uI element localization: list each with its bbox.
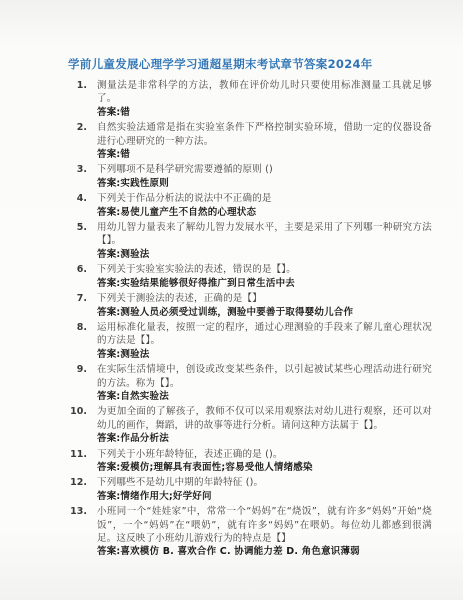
- question-text: 测量法是非常科学的方法，教师在评价幼儿时只要使用标准测量工具就足够了。: [97, 79, 432, 106]
- question-text: 下列关于小班年龄特征，表述正确的是 ()。: [97, 448, 432, 461]
- answer-label: 答案:: [97, 546, 120, 557]
- question-answer: 答案:易使儿童产生不自然的心理状态: [97, 206, 432, 219]
- question-item: 10. 为更加全面的了解孩子，教师不仅可以采用观察法对幼儿进行观察，还可以对幼儿…: [66, 405, 432, 445]
- question-text: 用幼儿智力量表来了解幼儿智力发展水平，主要是采用了下列哪一种研究方法【】。: [97, 221, 432, 248]
- question-answer: 答案:错: [97, 106, 432, 119]
- question-item: 4. 下列关于作品分析法的说法中不正确的是 答案:易使儿童产生不自然的心理状态: [66, 192, 432, 219]
- question-text: 下列关于测验法的表述，正确的是【】: [97, 292, 432, 305]
- question-item: 2. 自然实验法通常是指在实验室条件下严格控制实验环境，借助一定的仪器设备进行心…: [66, 121, 432, 161]
- question-text: 下列哪些不是幼儿中期的年龄特征 ()。: [97, 476, 432, 489]
- question-answer: 答案:实验结果能够很好得推广到日常生活中去: [97, 277, 432, 290]
- answer-label: 答案:: [97, 207, 120, 218]
- question-answer: 答案:实践性原则: [97, 177, 432, 190]
- answer-label: 答案:: [97, 349, 120, 360]
- question-body: 在实际生活情境中，创设或改变某些条件，以引起被试某些心理活动进行研究的方法。称为…: [97, 363, 432, 403]
- question-number: 5.: [66, 221, 87, 234]
- question-text: 自然实验法通常是指在实验室条件下严格控制实验环境，借助一定的仪器设备进行心理研究…: [97, 121, 432, 148]
- document-content: 学前儿童发展心理学学习通超星期末考试章节答案2024年 1. 测量法是非常科学的…: [0, 0, 463, 559]
- question-text: 在实际生活情境中，创设或改变某些条件，以引起被试某些心理活动进行研究的方法。称为…: [97, 363, 432, 390]
- question-text: 运用标准化量表，按照一定的程序，通过心理测验的手段来了解儿童心理状况的方法是【】…: [97, 321, 432, 348]
- answer-value: 自然实验法: [120, 391, 169, 402]
- answer-label: 答案:: [97, 149, 120, 160]
- question-item: 6. 下列关于实验室实验法的表述，错误的是【】。 答案:实验结果能够很好得推广到…: [66, 263, 432, 290]
- question-body: 下列关于实验室实验法的表述，错误的是【】。 答案:实验结果能够很好得推广到日常生…: [97, 263, 432, 290]
- question-item: 11. 下列关于小班年龄特征，表述正确的是 ()。 答案:爱模仿;理解具有表面性…: [66, 448, 432, 475]
- answer-value: 测验法: [120, 349, 149, 360]
- answer-value: 作品分析法: [120, 433, 169, 444]
- answer-value: 错: [120, 107, 130, 118]
- question-text: 下列关于实验室实验法的表述，错误的是【】。: [97, 263, 432, 276]
- answer-label: 答案:: [97, 178, 120, 189]
- question-number: 12.: [66, 476, 87, 489]
- question-item: 3. 下列哪项不是科学研究需要遵循的原则 () 答案:实践性原则: [66, 163, 432, 190]
- document-page: 学前儿童发展心理学学习通超星期末考试章节答案2024年 1. 测量法是非常科学的…: [0, 0, 463, 600]
- answer-value: 情绪作用大;好学好问: [120, 491, 211, 502]
- question-answer: 答案:测验法: [97, 348, 432, 361]
- question-number: 6.: [66, 263, 87, 276]
- question-body: 运用标准化量表，按照一定的程序，通过心理测验的手段来了解儿童心理状况的方法是【】…: [97, 321, 432, 361]
- question-text: 为更加全面的了解孩子，教师不仅可以采用观察法对幼儿进行观察，还可以对幼儿的画作，…: [97, 405, 432, 432]
- question-body: 自然实验法通常是指在实验室条件下严格控制实验环境，借助一定的仪器设备进行心理研究…: [97, 121, 432, 161]
- question-item: 9. 在实际生活情境中，创设或改变某些条件，以引起被试某些心理活动进行研究的方法…: [66, 363, 432, 403]
- answer-value: 测验法: [120, 249, 149, 260]
- page-title: 学前儿童发展心理学学习通超星期末考试章节答案2024年: [68, 57, 432, 71]
- question-answer: 答案:错: [97, 148, 432, 161]
- question-answer: 答案:情绪作用大;好学好问: [97, 490, 432, 503]
- answer-value: 易使儿童产生不自然的心理状态: [120, 207, 256, 218]
- question-number: 7.: [66, 292, 87, 305]
- question-item: 7. 下列关于测验法的表述，正确的是【】 答案:测验人员必须受过训练，测验中要善…: [66, 292, 432, 319]
- answer-value: 实验结果能够很好得推广到日常生活中去: [120, 278, 295, 289]
- question-number: 11.: [66, 448, 87, 461]
- answer-label: 答案:: [97, 462, 120, 473]
- question-answer: 答案:爱模仿;理解具有表面性;容易受他人情绪感染: [97, 461, 432, 474]
- question-body: 下列哪些不是幼儿中期的年龄特征 ()。 答案:情绪作用大;好学好问: [97, 476, 432, 503]
- answer-label: 答案:: [97, 433, 120, 444]
- question-text: 下列关于作品分析法的说法中不正确的是: [97, 192, 432, 205]
- answer-value: 爱模仿;理解具有表面性;容易受他人情绪感染: [120, 462, 312, 473]
- question-answer: 答案:作品分析法: [97, 432, 432, 445]
- question-number: 1.: [66, 79, 87, 92]
- question-item: 1. 测量法是非常科学的方法，教师在评价幼儿时只要使用标准测量工具就足够了。 答…: [66, 79, 432, 119]
- question-number: 4.: [66, 192, 87, 205]
- question-number: 13.: [66, 505, 87, 518]
- question-answer: 答案:测验法: [97, 248, 432, 261]
- question-answer: 答案:测验人员必须受过训练，测验中要善于取得婴幼儿合作: [97, 306, 432, 319]
- question-number: 8.: [66, 321, 87, 334]
- question-body: 用幼儿智力量表来了解幼儿智力发展水平，主要是采用了下列哪一种研究方法【】。 答案…: [97, 221, 432, 261]
- question-list: 1. 测量法是非常科学的方法，教师在评价幼儿时只要使用标准测量工具就足够了。 答…: [66, 79, 432, 559]
- question-number: 10.: [66, 405, 87, 418]
- answer-value: 错: [120, 149, 130, 160]
- answer-label: 答案:: [97, 249, 120, 260]
- answer-label: 答案:: [97, 107, 120, 118]
- answer-label: 答案:: [97, 278, 120, 289]
- answer-label: 答案:: [97, 391, 120, 402]
- answer-value: 实践性原则: [120, 178, 169, 189]
- question-number: 9.: [66, 363, 87, 376]
- question-body: 下列关于测验法的表述，正确的是【】 答案:测验人员必须受过训练，测验中要善于取得…: [97, 292, 432, 319]
- question-body: 下列哪项不是科学研究需要遵循的原则 () 答案:实践性原则: [97, 163, 432, 190]
- question-body: 下列关于小班年龄特征，表述正确的是 ()。 答案:爱模仿;理解具有表面性;容易受…: [97, 448, 432, 475]
- question-answer: 答案:喜欢模仿 B. 喜欢合作 C. 协调能力差 D. 角色意识薄弱: [97, 545, 432, 558]
- question-item: 5. 用幼儿智力量表来了解幼儿智力发展水平，主要是采用了下列哪一种研究方法【】。…: [66, 221, 432, 261]
- question-answer: 答案:自然实验法: [97, 390, 432, 403]
- question-text: 下列哪项不是科学研究需要遵循的原则 (): [97, 163, 432, 176]
- question-body: 小班同一个“娃娃家”中，常常一个“妈妈”在“烧饭”，就有许多“妈妈”开始“烧饭”…: [97, 505, 432, 559]
- question-item: 13. 小班同一个“娃娃家”中，常常一个“妈妈”在“烧饭”，就有许多“妈妈”开始…: [66, 505, 432, 559]
- question-number: 2.: [66, 121, 87, 134]
- question-text: 小班同一个“娃娃家”中，常常一个“妈妈”在“烧饭”，就有许多“妈妈”开始“烧饭”…: [97, 505, 432, 545]
- question-body: 下列关于作品分析法的说法中不正确的是 答案:易使儿童产生不自然的心理状态: [97, 192, 432, 219]
- answer-value: 测验人员必须受过训练，测验中要善于取得婴幼儿合作: [120, 307, 353, 318]
- question-body: 为更加全面的了解孩子，教师不仅可以采用观察法对幼儿进行观察，还可以对幼儿的画作，…: [97, 405, 432, 445]
- answer-label: 答案:: [97, 491, 120, 502]
- question-number: 3.: [66, 163, 87, 176]
- answer-label: 答案:: [97, 307, 120, 318]
- question-item: 12. 下列哪些不是幼儿中期的年龄特征 ()。 答案:情绪作用大;好学好问: [66, 476, 432, 503]
- answer-value: 喜欢模仿 B. 喜欢合作 C. 协调能力差 D. 角色意识薄弱: [120, 546, 359, 557]
- question-item: 8. 运用标准化量表，按照一定的程序，通过心理测验的手段来了解儿童心理状况的方法…: [66, 321, 432, 361]
- question-body: 测量法是非常科学的方法，教师在评价幼儿时只要使用标准测量工具就足够了。 答案:错: [97, 79, 432, 119]
